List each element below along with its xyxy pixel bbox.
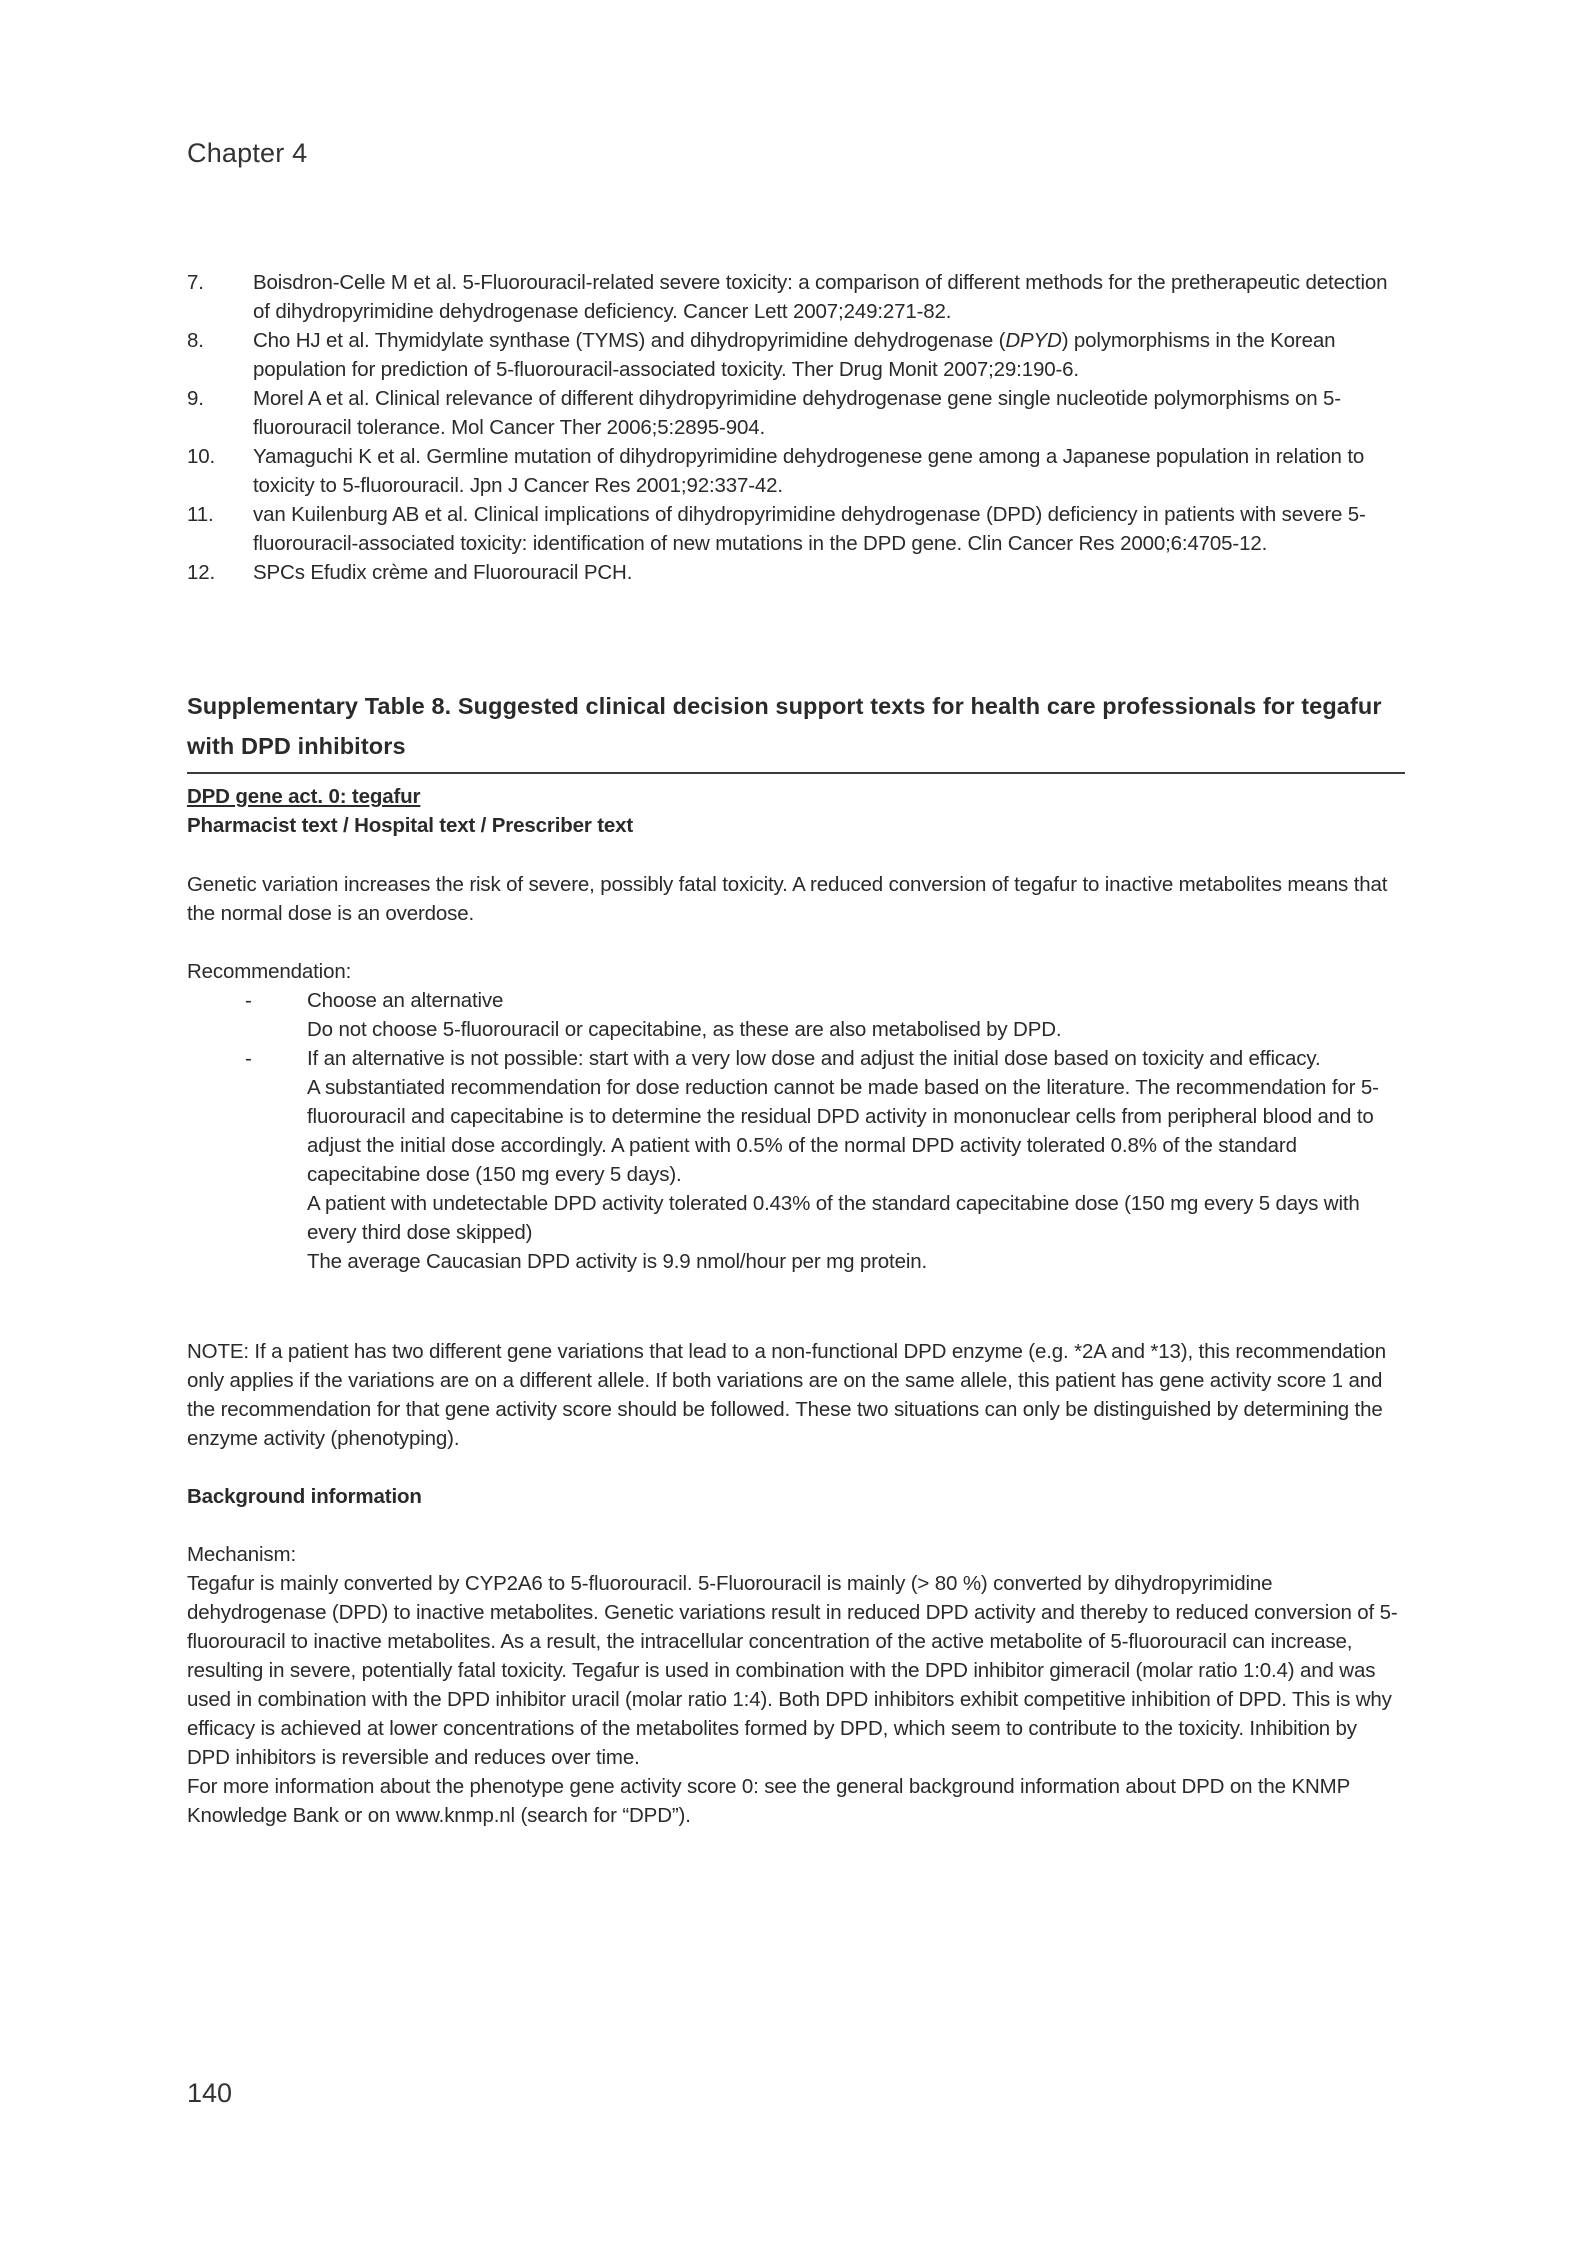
background-heading: Background information xyxy=(187,1482,1405,1511)
reference-text: Cho HJ et al. Thymidylate synthase (TYMS… xyxy=(253,326,1405,384)
mechanism-paragraph: Tegafur is mainly converted by CYP2A6 to… xyxy=(187,1569,1405,1772)
bullet-dash: - xyxy=(187,986,307,1044)
mechanism-paragraph: For more information about the phenotype… xyxy=(187,1772,1405,1830)
reference-list: 7. Boisdron-Celle M et al. 5-Fluorouraci… xyxy=(187,268,1405,587)
reference-item: 11. van Kuilenburg AB et al. Clinical im… xyxy=(187,500,1405,558)
recommendation-line: A substantiated recommendation for dose … xyxy=(307,1073,1405,1189)
reference-item: 8. Cho HJ et al. Thymidylate synthase (T… xyxy=(187,326,1405,384)
bullet-dash: - xyxy=(187,1044,307,1276)
recommendation-body: If an alternative is not possible: start… xyxy=(307,1044,1405,1276)
recommendation-list: - Choose an alternative Do not choose 5-… xyxy=(187,986,1405,1276)
gene-activity-heading: DPD gene act. 0: tegafur xyxy=(187,782,1405,811)
reference-item: 9. Morel A et al. Clinical relevance of … xyxy=(187,384,1405,442)
reference-text: Yamaguchi K et al. Germline mutation of … xyxy=(253,442,1405,500)
gene-symbol: DPYD xyxy=(1005,329,1061,352)
recommendation-body: Choose an alternative Do not choose 5-fl… xyxy=(307,986,1405,1044)
reference-item: 10. Yamaguchi K et al. Germline mutation… xyxy=(187,442,1405,500)
mechanism-label: Mechanism: xyxy=(187,1540,1405,1569)
reference-number: 9. xyxy=(187,384,253,442)
page-number: 140 xyxy=(187,2078,232,2109)
reference-item: 7. Boisdron-Celle M et al. 5-Fluorouraci… xyxy=(187,268,1405,326)
recommendation-line: If an alternative is not possible: start… xyxy=(307,1044,1405,1073)
reference-text: Boisdron-Celle M et al. 5-Fluorouracil-r… xyxy=(253,268,1405,326)
reference-item: 12. SPCs Efudix crème and Fluorouracil P… xyxy=(187,558,1405,587)
recommendation-item: - If an alternative is not possible: sta… xyxy=(187,1044,1405,1276)
recommendation-label: Recommendation: xyxy=(187,957,1405,986)
reference-number: 8. xyxy=(187,326,253,384)
reference-text-part: Cho HJ et al. Thymidylate synthase (TYMS… xyxy=(253,329,1005,352)
reference-number: 10. xyxy=(187,442,253,500)
reference-text: SPCs Efudix crème and Fluorouracil PCH. xyxy=(253,558,1405,587)
recommendation-line: Choose an alternative xyxy=(307,986,1405,1015)
intro-paragraph: Genetic variation increases the risk of … xyxy=(187,870,1405,928)
recommendation-item: - Choose an alternative Do not choose 5-… xyxy=(187,986,1405,1044)
mechanism-text: Tegafur is mainly converted by CYP2A6 to… xyxy=(187,1569,1405,1830)
recommendation-line: Do not choose 5-fluorouracil or capecita… xyxy=(307,1015,1405,1044)
reference-text: Morel A et al. Clinical relevance of dif… xyxy=(253,384,1405,442)
recommendation-line: The average Caucasian DPD activity is 9.… xyxy=(307,1247,1405,1276)
note-paragraph: NOTE: If a patient has two different gen… xyxy=(187,1337,1405,1453)
reference-number: 12. xyxy=(187,558,253,587)
reference-number: 11. xyxy=(187,500,253,558)
chapter-header: Chapter 4 xyxy=(187,138,307,169)
recommendation-line: A patient with undetectable DPD activity… xyxy=(307,1189,1405,1247)
reference-number: 7. xyxy=(187,268,253,326)
reference-text: van Kuilenburg AB et al. Clinical implic… xyxy=(253,500,1405,558)
text-type-heading: Pharmacist text / Hospital text / Prescr… xyxy=(187,811,1405,840)
table-title: Supplementary Table 8. Suggested clinica… xyxy=(187,686,1405,774)
